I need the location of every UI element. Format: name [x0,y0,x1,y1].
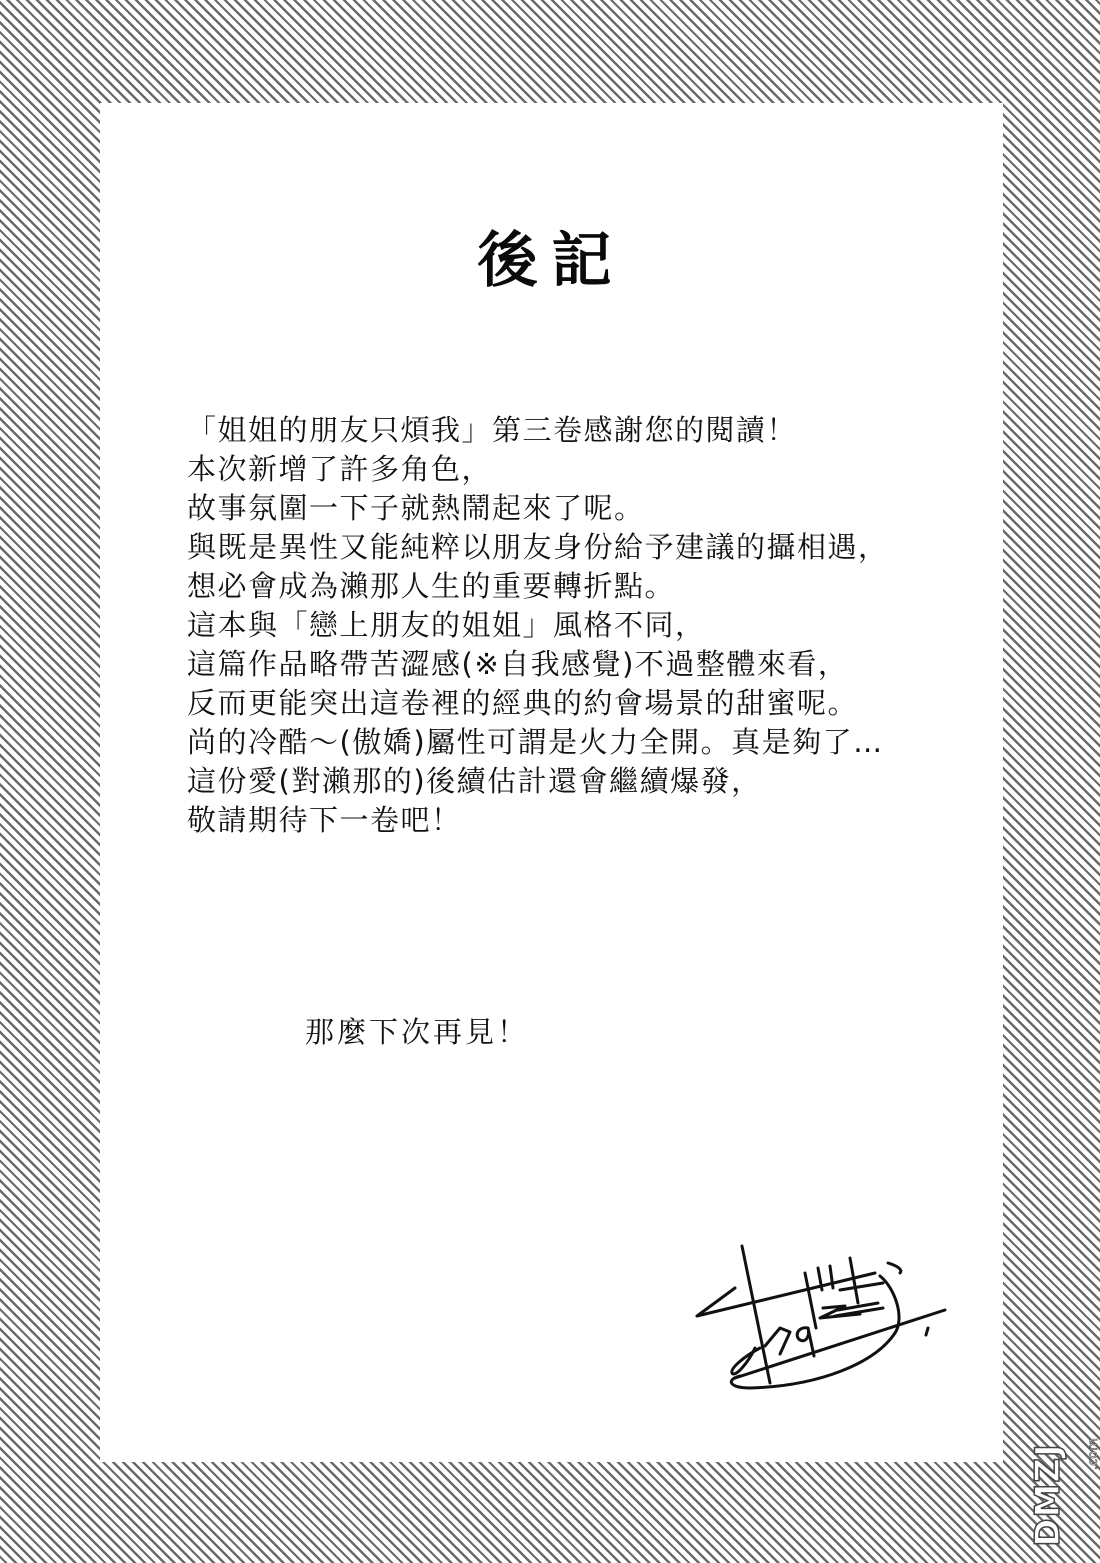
watermark-logo: DMZJ [1018,1430,1078,1560]
afterword-body: 「姐姐的朋友只煩我」第三卷感謝您的閱讀！ 本次新增了許多角色， 故事氛圍一下子就… [187,411,889,840]
body-line: 「姐姐的朋友只煩我」第三卷感謝您的閱讀！ [187,411,889,450]
page-title: 後記 [100,221,1003,301]
body-line: 想必會成為瀨那人生的重要轉折點。 [187,567,889,606]
afterword-page: 後記 「姐姐的朋友只煩我」第三卷感謝您的閱讀！ 本次新增了許多角色， 故事氛圍一… [100,103,1003,1462]
body-line: 反而更能突出這卷裡的經典的約會場景的甜蜜呢。 [187,684,889,723]
body-line: 這本與「戀上朋友的姐姐」風格不同， [187,606,889,645]
watermark-domain: .com [1086,1438,1100,1470]
signature-icon [690,1228,980,1413]
body-line: 本次新增了許多角色， [187,450,889,489]
body-line: 這篇作品略帶苦澀感(※自我感覺)不過整體來看， [187,645,889,684]
body-line: 敬請期待下一卷吧！ [187,801,889,840]
closing-line: 那麼下次再見！ [305,1013,529,1052]
body-line: 尚的冷酷～(傲嬌)屬性可謂是火力全開。真是夠了… [187,723,889,762]
watermark-brand: DMZJ [1028,1443,1068,1546]
body-line: 故事氛圍一下子就熱鬧起來了呢。 [187,489,889,528]
body-line: 這份愛(對瀨那的)後續估計還會繼續爆發， [187,762,889,801]
body-line: 與既是異性又能純粹以朋友身份給予建議的攝相遇， [187,528,889,567]
